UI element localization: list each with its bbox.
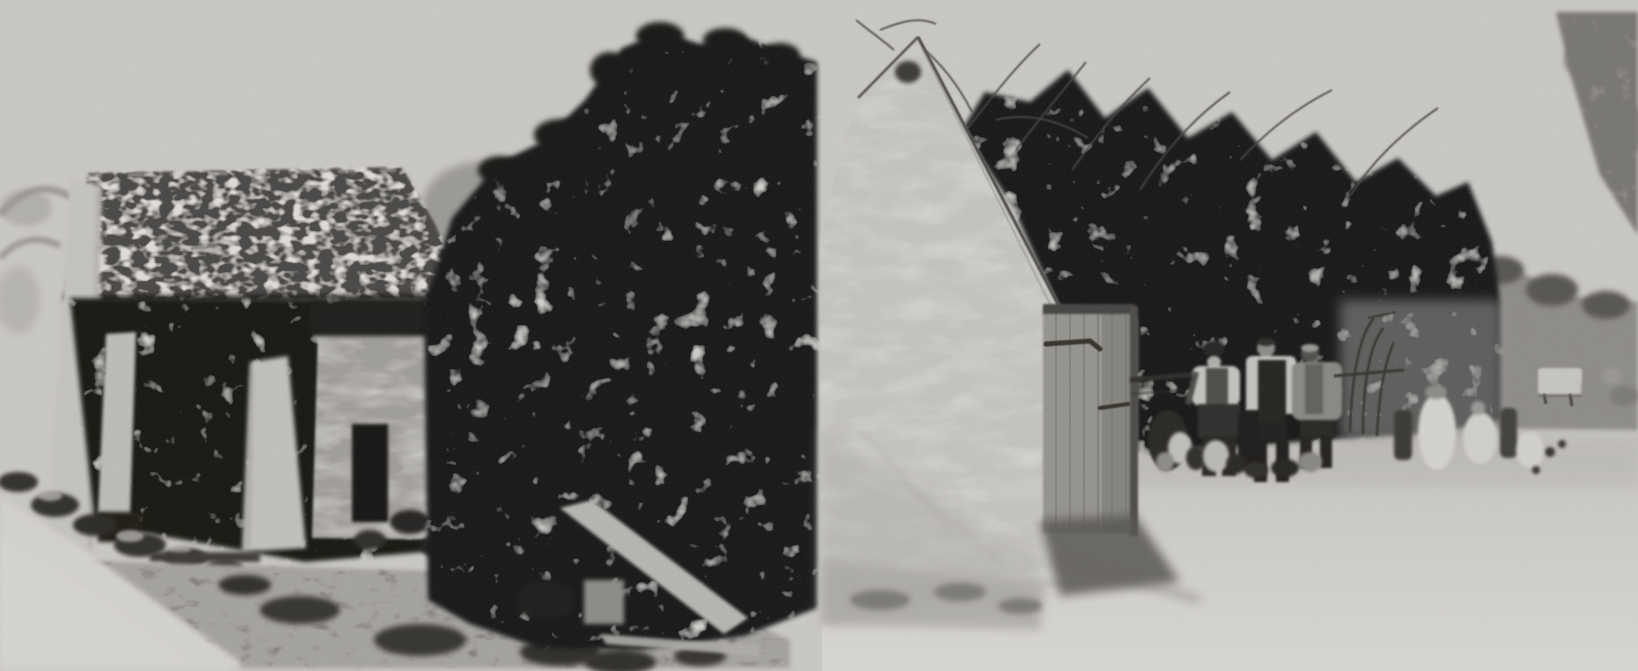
grain-light-overlay: [0, 0, 1638, 671]
scanned-page: [0, 0, 1638, 671]
